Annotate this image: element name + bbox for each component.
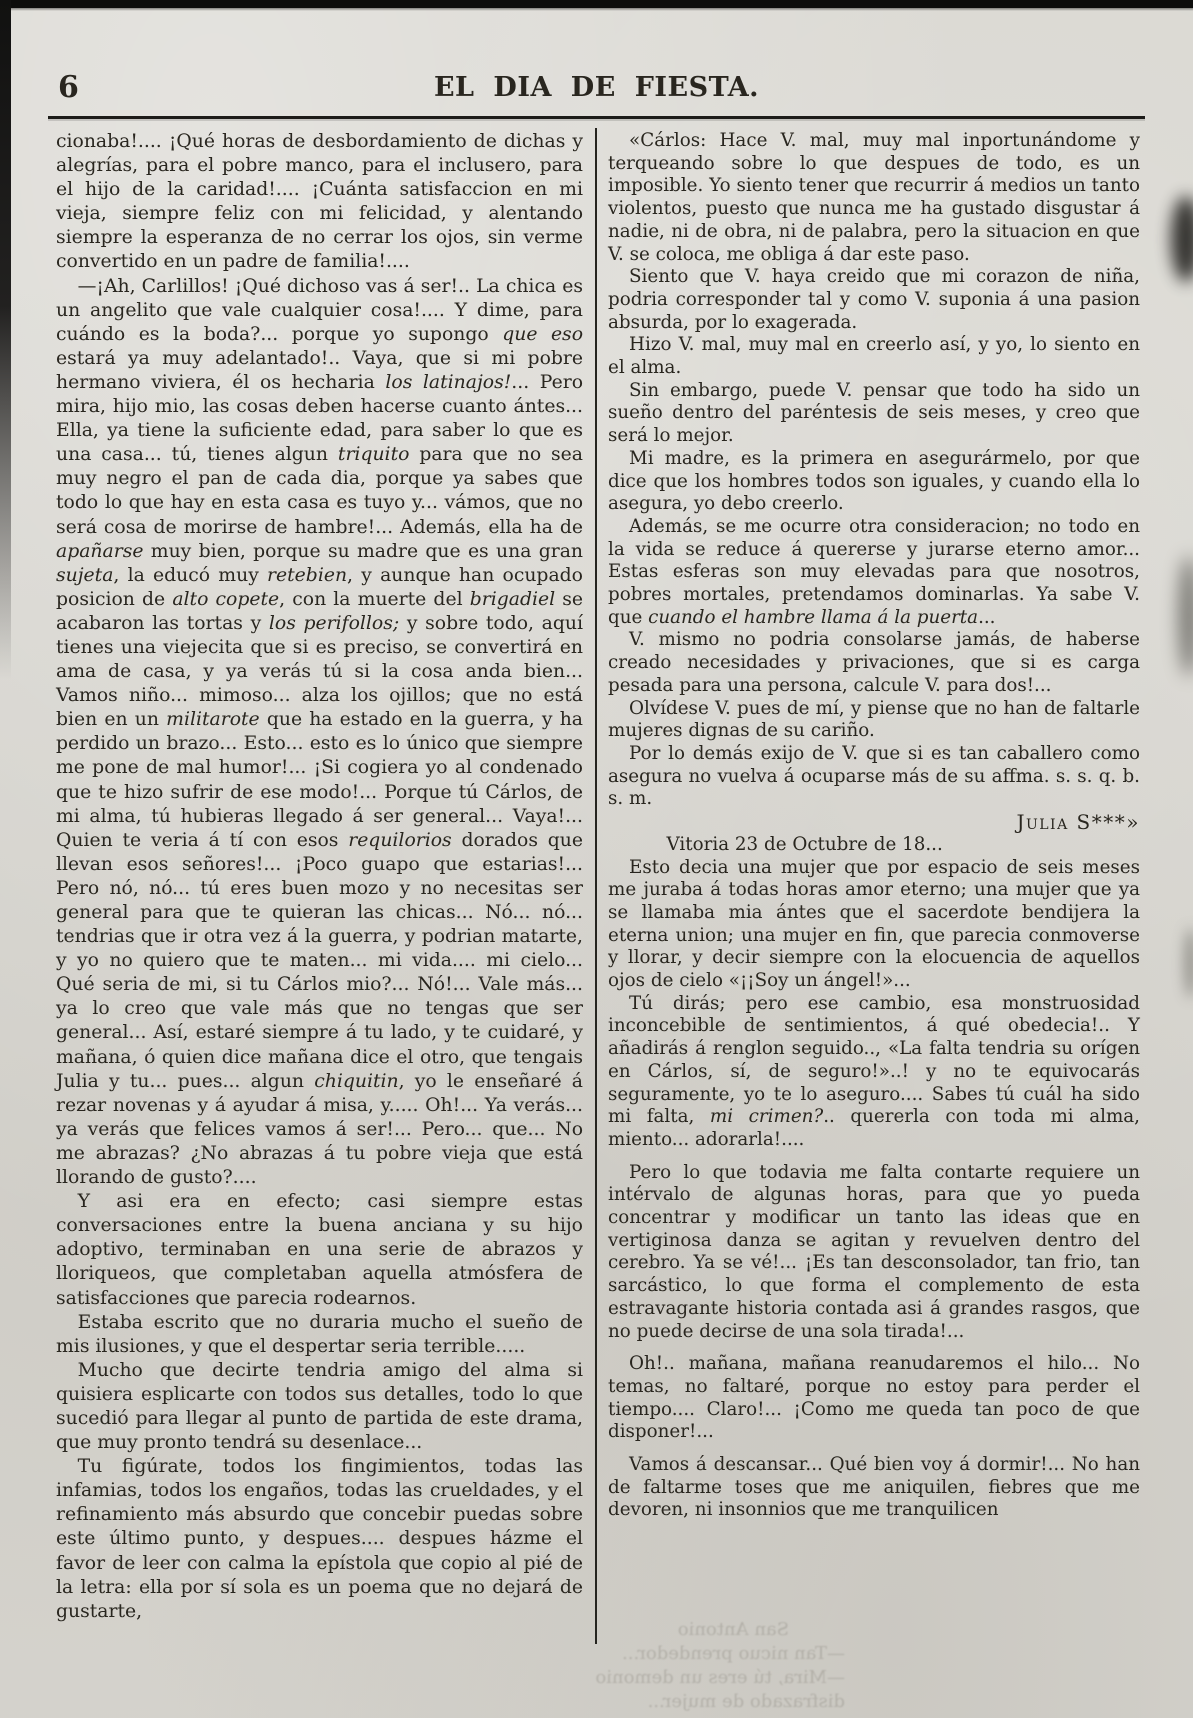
header-rule <box>48 116 1145 119</box>
paragraph: Estaba escrito que no duraria mucho el s… <box>56 1311 583 1359</box>
dateline: Vitoria 23 de Octubre de 18... <box>608 834 1140 857</box>
bleedthrough-text: San Antonio—Tan nicuo prendedor...—Mira,… <box>395 1618 845 1714</box>
paragraph: cionaba!.... ¡Qué horas de desbordamient… <box>56 130 583 275</box>
paragraph: Pero lo que todavia me falta contarte re… <box>608 1162 1140 1344</box>
paragraph: Mucho que decirte tendria amigo del alma… <box>56 1359 583 1455</box>
paragraph: Mi madre, es la primera en asegurármelo,… <box>608 448 1140 516</box>
scan-smudge <box>1179 556 1193 676</box>
letter-signature: Julia S***» <box>608 811 1140 834</box>
paragraph: Esto decia una mujer que por espacio de … <box>608 857 1140 993</box>
paragraph: —¡Ah, Carlillos! ¡Qué dichoso vas á ser!… <box>56 275 583 1191</box>
left-column: cionaba!.... ¡Qué horas de desbordamient… <box>56 130 583 1624</box>
scan-smudge <box>1171 196 1193 282</box>
bleedthrough-line: disfrazado de mujer... <box>395 1690 845 1714</box>
bleedthrough-line: —Mira, tú eres un demonio <box>395 1666 845 1690</box>
paragraph: Siento que V. haya creido que mi corazon… <box>608 266 1140 334</box>
paragraph: Tú dirás; pero ese cambio, esa monstruos… <box>608 993 1140 1152</box>
paragraph: Por lo demás exijo de V. que si es tan c… <box>608 743 1140 811</box>
paragraph: Y asi era en efecto; casi siempre estas … <box>56 1190 583 1310</box>
scan-edge-top <box>0 0 1193 8</box>
bleedthrough-line: —Tan nicuo prendedor... <box>395 1642 845 1666</box>
scan-smudge <box>1185 928 1193 998</box>
paragraph: Hizo V. mal, muy mal en creerlo así, y y… <box>608 334 1140 379</box>
bleedthrough-line: San Antonio <box>395 1618 845 1642</box>
paragraph: Oh!.. mañana, mañana reanudaremos el hil… <box>608 1353 1140 1444</box>
column-divider <box>595 128 597 1644</box>
paragraph: Olvídese V. pues de mí, y piense que no … <box>608 698 1140 743</box>
newspaper-page: 6 EL DIA DE FIESTA. cionaba!.... ¡Qué ho… <box>0 0 1193 1718</box>
masthead-title: EL DIA DE FIESTA. <box>0 72 1193 103</box>
paragraph: Además, se me ocurre otra consideracion;… <box>608 516 1140 630</box>
paragraph: «Cárlos: Hace V. mal, muy mal inportunán… <box>608 130 1140 266</box>
paragraph: Vamos á descansar... Qué bien voy á dorm… <box>608 1454 1140 1522</box>
right-column: «Cárlos: Hace V. mal, muy mal inportunán… <box>608 130 1140 1522</box>
paragraph: V. mismo no podria consolarse jamás, de … <box>608 629 1140 697</box>
paragraph: Tu figúrate, todos los fingimientos, tod… <box>56 1455 583 1624</box>
paragraph: Sin embargo, puede V. pensar que todo ha… <box>608 380 1140 448</box>
